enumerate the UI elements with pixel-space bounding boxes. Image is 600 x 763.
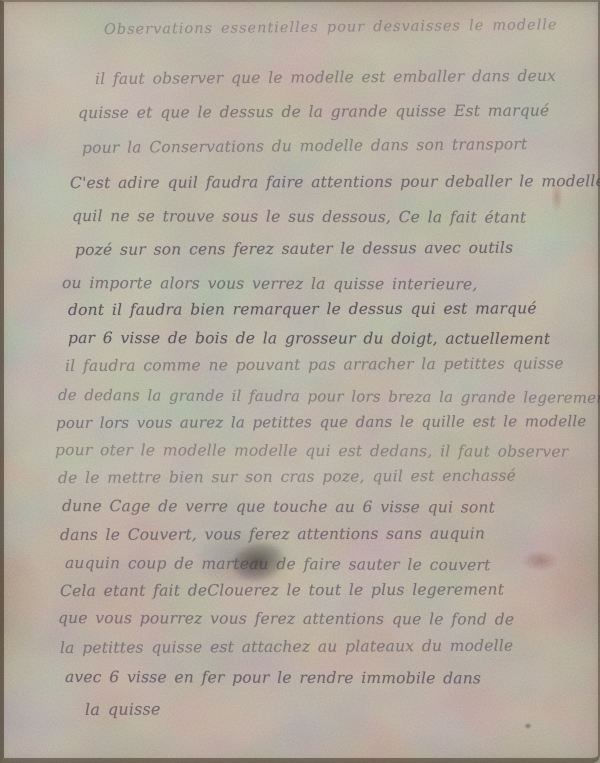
manuscript-line: avec 6 visse en fer pour le rendre immob… bbox=[65, 668, 481, 687]
manuscript-line: la petittes quisse est attachez au plate… bbox=[60, 637, 513, 657]
manuscript-line: quisse et que le dessus de la grande qui… bbox=[78, 102, 549, 122]
manuscript-title: Observations essentielles pour desvaisse… bbox=[104, 17, 558, 38]
manuscript-line: auquin coup de marteau de faire sauter l… bbox=[65, 554, 491, 574]
manuscript-line: ou importe alors vous verrez la quisse i… bbox=[62, 274, 478, 293]
manuscript-line: quil ne se trouve sous le sus dessous, C… bbox=[72, 207, 526, 227]
manuscript-line: pour lors vous aurez la petittes que dan… bbox=[56, 412, 586, 432]
manuscript-line: Cela etant fait deClouerez le tout le pl… bbox=[60, 580, 504, 600]
manuscript-line: pour oter le modelle modelle qui est ded… bbox=[55, 441, 568, 461]
manuscript-line: que vous pourrez vous ferez attentions q… bbox=[58, 609, 514, 629]
manuscript-line: dans le Couvert, vous ferez attentions s… bbox=[60, 525, 485, 544]
manuscript-line: dune Cage de verre que touche au 6 visse… bbox=[62, 497, 495, 517]
manuscript-line: pozé sur son cens ferez sauter le dessus… bbox=[75, 239, 513, 259]
manuscript-line: de dedans la grande il faudra pour lors … bbox=[58, 386, 600, 407]
manuscript-line: pour la Conservations du modelle dans so… bbox=[82, 135, 528, 157]
manuscript-line: la quisse bbox=[85, 699, 161, 719]
manuscript-line: il faudra comme ne pouvant pas arracher … bbox=[65, 354, 564, 375]
manuscript-line: C'est adire quil faudra faire attentions… bbox=[70, 172, 600, 192]
manuscript-line: par 6 visse de bois de la grosseur du do… bbox=[68, 329, 550, 348]
handwritten-text: Observations essentielles pour desvaisse… bbox=[0, 0, 600, 763]
manuscript-line: de le mettre bien sur son cras poze, qui… bbox=[58, 467, 516, 487]
manuscript-page: Observations essentielles pour desvaisse… bbox=[0, 0, 600, 763]
manuscript-line: dont il faudra bien remarquer le dessus … bbox=[68, 299, 537, 319]
manuscript-line: il faut observer que le modelle est emba… bbox=[95, 67, 556, 88]
